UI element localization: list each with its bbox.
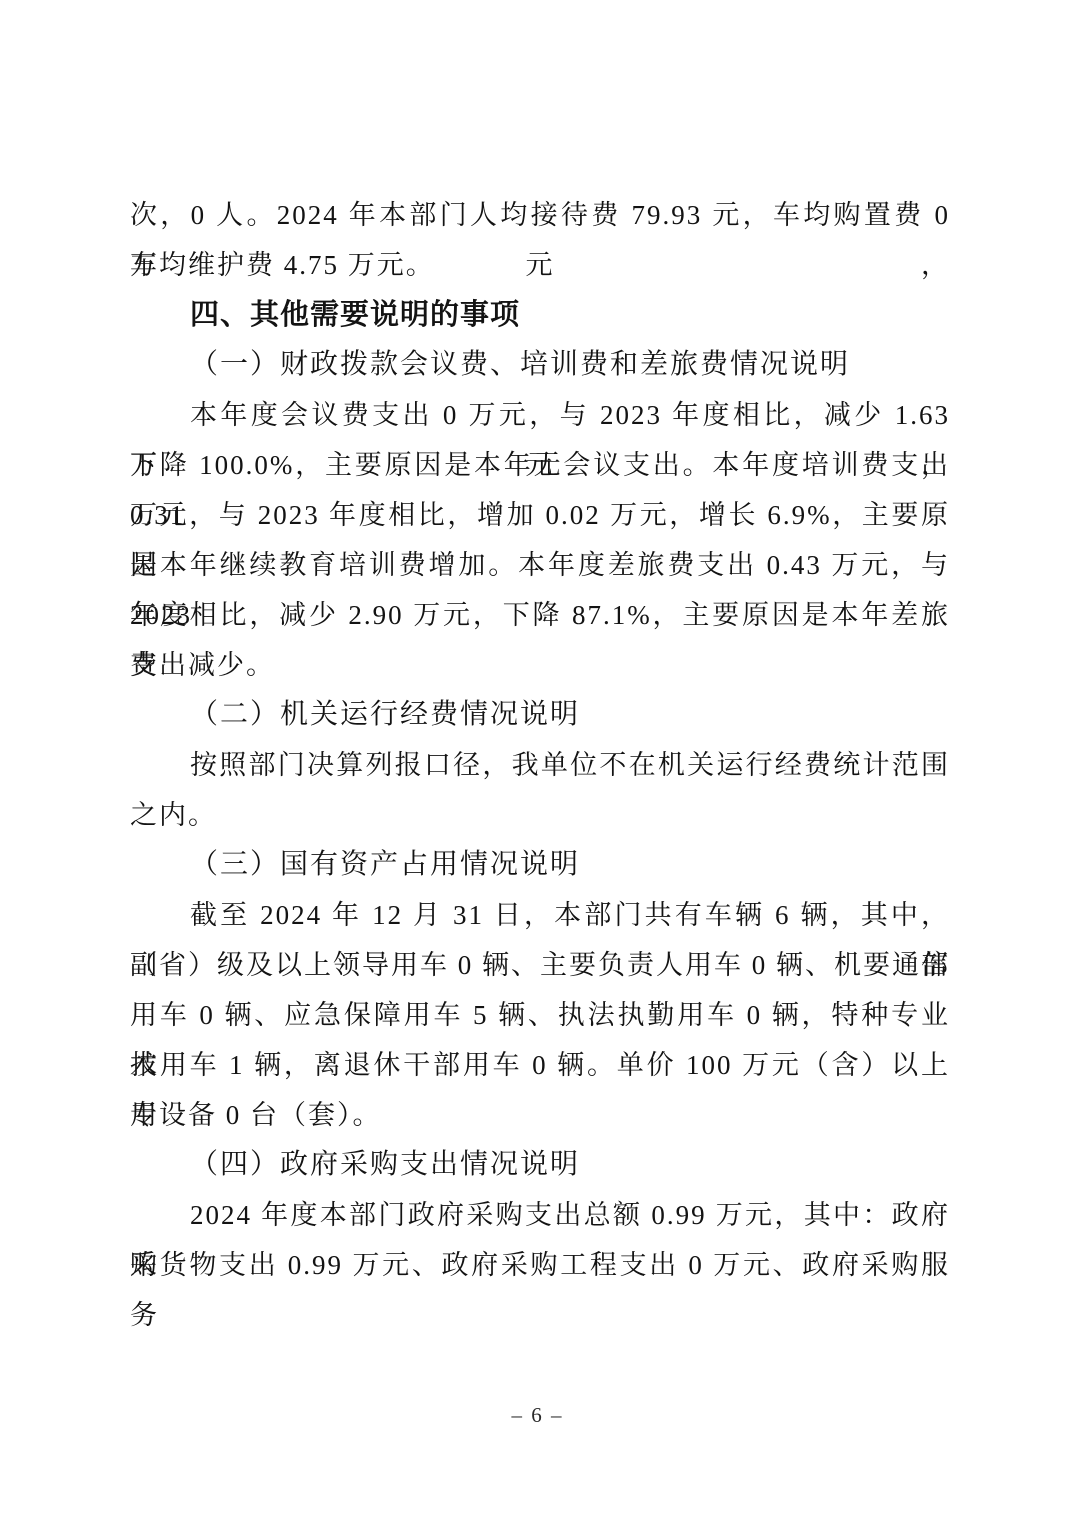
paragraph-line: 术用车 1 辆，离退休干部用车 0 辆。单价 100 万元（含）以上专 (130, 1040, 950, 1090)
paragraph-line: 购货物支出 0.99 万元、政府采购工程支出 0 万元、政府采购服务 (130, 1240, 950, 1290)
paragraph-line: 2024 年度本部门政府采购支出总额 0.99 万元，其中：政府采 (130, 1190, 950, 1240)
subsection-heading: （一）财政拨款会议费、培训费和差旅费情况说明 (130, 340, 950, 390)
section-heading: 四、其他需要说明的事项 (130, 290, 950, 340)
paragraph-line: 用车 0 辆、应急保障用车 5 辆、执法执勤用车 0 辆，特种专业技 (130, 990, 950, 1040)
paragraph-line: 用设备 0 台（套）。 (130, 1090, 950, 1140)
subsection-heading: （三）国有资产占用情况说明 (130, 840, 950, 890)
document-page: 次，0 人。2024 年本部门人均接待费 79.93 元，车均购置费 0 万元，… (0, 0, 1075, 1520)
page-number: – 6 – (0, 1398, 1075, 1432)
continuation-line: 次，0 人。2024 年本部门人均接待费 79.93 元，车均购置费 0 万元， (130, 190, 950, 240)
document-body: 次，0 人。2024 年本部门人均接待费 79.93 元，车均购置费 0 万元，… (130, 190, 950, 1290)
paragraph-line: 之内。 (130, 790, 950, 840)
paragraph-line: 按照部门决算列报口径，我单位不在机关运行经费统计范围 (130, 740, 950, 790)
paragraph-line: 是本年继续教育培训费增加。本年度差旅费支出 0.43 万元，与 2023 (130, 540, 950, 590)
paragraph-line: 截至 2024 年 12 月 31 日，本部门共有车辆 6 辆，其中，副部 (130, 890, 950, 940)
paragraph-line: 支出减少。 (130, 640, 950, 690)
subsection-heading: （四）政府采购支出情况说明 (130, 1140, 950, 1190)
subsection-heading: （二）机关运行经费情况说明 (130, 690, 950, 740)
paragraph-line: 万元，与 2023 年度相比，增加 0.02 万元，增长 6.9%，主要原因 (130, 490, 950, 540)
paragraph-line: 年度相比，减少 2.90 万元，下降 87.1%，主要原因是本年差旅费 (130, 590, 950, 640)
paragraph-line: 下降 100.0%，主要原因是本年无会议支出。本年度培训费支出 0.31 (130, 440, 950, 490)
paragraph-line: 本年度会议费支出 0 万元，与 2023 年度相比，减少 1.63 万元， (130, 390, 950, 440)
paragraph-line: （省）级及以上领导用车 0 辆、主要负责人用车 0 辆、机要通信 (130, 940, 950, 990)
